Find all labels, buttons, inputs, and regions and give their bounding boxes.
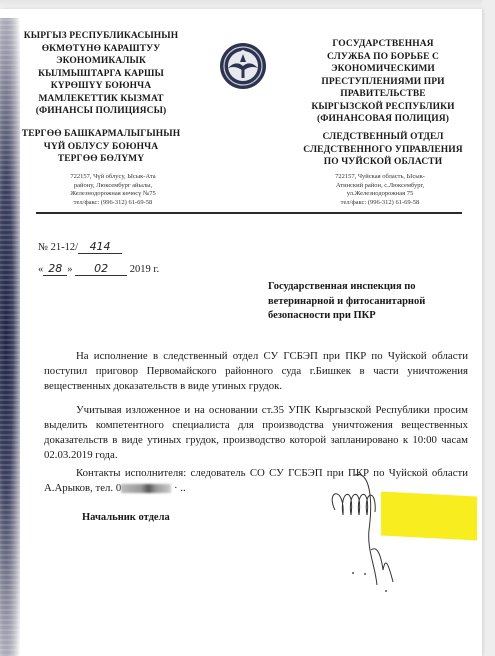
signature-title: Начальник отдела xyxy=(82,512,170,523)
address-line: ул.Железнодорожная 75 xyxy=(305,190,455,199)
paragraph-text: На исполнение в следственный отдел СУ ГС… xyxy=(44,349,468,394)
scan-speck xyxy=(364,573,366,575)
header-right-department: СЛЕДСТВЕННЫЙ ОТДЕЛ СЛЕДСТВЕННОГО УПРАВЛЕ… xyxy=(290,131,476,169)
phone-redaction xyxy=(121,484,171,493)
header-right-subline: СЛЕДСТВЕННЫЙ ОТДЕЛ xyxy=(290,131,476,144)
header-left-subline: ЧҮЙ ОБЛУСУ БОЮНЧА xyxy=(12,141,190,154)
addressee-line: ветеринарной и фитосанитарной xyxy=(268,295,478,310)
addressee-block: Государственная инспекция по ветеринарно… xyxy=(268,280,478,324)
header-left-line: КЫРГЫЗ РЕСПУБЛИКАСЫНЫН xyxy=(12,30,190,43)
state-emblem-icon xyxy=(218,40,268,92)
document-date: «28» 02 2019 г. xyxy=(38,262,159,276)
header-left-subline: ТЕРГӨӨ БӨЛҮМҮ xyxy=(12,153,190,166)
header-left-line: МАМЛЕКЕТТИК КЫЗМАТ xyxy=(12,93,190,106)
header-right-line: ЭКОНОМИЧЕСКИМИ xyxy=(290,63,476,76)
header-right-subline: СЛЕДСТВЕННОГО УПРАВЛЕНИЯ xyxy=(290,144,476,157)
address-line: Железнодорожная көчөсү №75 xyxy=(48,190,178,199)
address-line: 722157, Чүй облусу, Ысык-Ата xyxy=(48,173,178,182)
body-paragraph-1: На исполнение в следственный отдел СУ ГС… xyxy=(44,349,468,394)
address-line: 722157, Чуйская область, Ысык- xyxy=(305,173,455,182)
addressee-line: безопасности при ПКР xyxy=(268,309,478,324)
registration-number: № 21-12/414 xyxy=(38,240,122,254)
address-line: району, Люксембург айылы, xyxy=(48,182,178,191)
header-left-line: ЭКОНОМИКАЛЫК xyxy=(12,55,190,68)
address-line: тел/факс: (996-312) 61-69-58 xyxy=(48,199,178,208)
reg-number-handwritten: 414 xyxy=(78,240,122,254)
date-month: 02 xyxy=(75,262,127,276)
header-right-org: ГОСУДАРСТВЕННАЯ СЛУЖБА ПО БОРЬБЕ С ЭКОНО… xyxy=(290,38,476,126)
date-year: 2019 г. xyxy=(130,264,159,275)
paragraph-text: Учитывая изложенное и на основании ст.35… xyxy=(44,403,468,463)
header-left-line: КЫЛМЫШТАРГА КАРШЫ xyxy=(12,68,190,81)
header-right-line: СЛУЖБА ПО БОРЬБЕ С xyxy=(290,51,476,64)
body-paragraph-2: Учитывая изложенное и на основании ст.35… xyxy=(44,403,468,463)
header-right-line: ГОСУДАРСТВЕННАЯ xyxy=(290,38,476,51)
header-right-line: ПРАВИТЕЛЬСТВЕ xyxy=(290,88,476,101)
header-left-line: ӨКМӨТҮНӨ КАРАШТУУ xyxy=(12,43,190,56)
header-left-address: 722157, Чүй облусу, Ысык-Ата району, Люк… xyxy=(48,173,178,207)
header-divider xyxy=(36,212,462,214)
date-day: 28 xyxy=(43,262,67,276)
reg-number-prefix: № 21-12/ xyxy=(38,242,78,253)
header-left-department: ТЕРГӨӨ БАШКАРМАЛЫГЫНЫН ЧҮЙ ОБЛУСУ БОЮНЧА… xyxy=(12,128,190,166)
address-line: Атинский район, с.Люксембург, xyxy=(305,182,455,191)
scan-speck xyxy=(352,572,354,574)
scan-right-margin xyxy=(482,0,495,656)
header-right-line: ПРЕСТУПЛЕНИЯМИ ПРИ xyxy=(290,76,476,89)
header-right-subline: ПО ЧУЙСКОЙ ОБЛАСТИ xyxy=(290,156,476,169)
scan-speck xyxy=(385,590,387,592)
header-right-address: 722157, Чуйская область, Ысык- Атинский … xyxy=(305,173,455,207)
redaction-highlight xyxy=(381,491,477,540)
header-right-line: (ФИНАНСОВАЯ ПОЛИЦИЯ) xyxy=(290,113,476,126)
addressee-line: Государственная инспекция по xyxy=(268,280,478,295)
address-line: тел/факс: (996-312) 61-69-58 xyxy=(305,199,455,208)
header-left-line: КҮРӨШҮҮ БОЮНЧА xyxy=(12,80,190,93)
header-left-line: (ФИНАНСЫ ПОЛИЦИЯСЫ) xyxy=(12,105,190,118)
header-left-subline: ТЕРГӨӨ БАШКАРМАЛЫГЫНЫН xyxy=(12,128,190,141)
header-left-org: КЫРГЫЗ РЕСПУБЛИКАСЫНЫН ӨКМӨТҮНӨ КАРАШТУУ… xyxy=(12,30,190,118)
header-right-line: КЫРГЫЗСКОЙ РЕСПУБЛИКИ xyxy=(290,101,476,114)
